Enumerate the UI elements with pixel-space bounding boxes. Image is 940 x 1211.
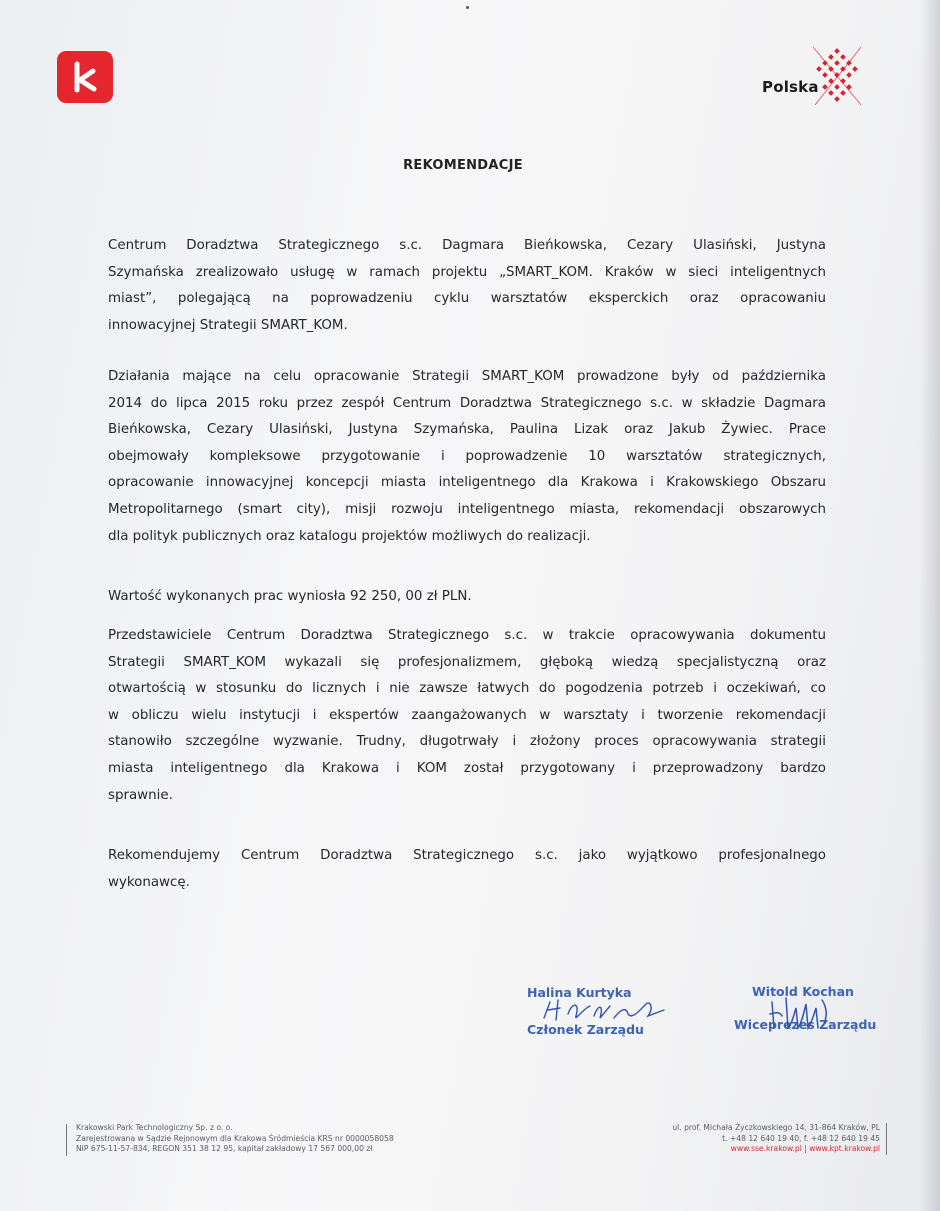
footer-link-kpt[interactable]: www.kpt.krakow.pl: [809, 1144, 880, 1153]
footer-line: NIP 675-11-57-834, REGON 351 38 12 95, k…: [76, 1144, 394, 1155]
footer-links: www.sse.krakow.pl | www.kpt.krakow.pl: [672, 1144, 880, 1155]
paragraph-line: Centrum Doradztwa Strategicznego s.c. Da…: [108, 233, 826, 260]
footer-company-info: Krakowski Park Technologiczny Sp. z o. o…: [76, 1123, 394, 1155]
footer-address: ul. prof. Michała Życzkowskiego 14, 31-8…: [672, 1123, 880, 1134]
k-letter-glyph-icon: [68, 60, 102, 94]
paragraph-line: Bieńkowska, Cezary Ulasiński, Justyna Sz…: [108, 417, 826, 444]
paragraph-3-value: Wartość wykonanych prac wyniosła 92 250,…: [108, 584, 826, 611]
paragraph-line: opracowanie innowacyjnej koncepcji miast…: [108, 470, 826, 497]
polska-star-pattern-icon: [813, 47, 863, 109]
paragraph-line: innowacyjnej Strategii SMART_KOM.: [108, 313, 826, 340]
paragraph-line: Wartość wykonanych prac wyniosła 92 250,…: [108, 584, 826, 611]
paragraph-line: w obliczu wielu instytucji i ekspertów z…: [108, 703, 826, 730]
footer-line: Zarejestrowana w Sądzie Rejonowym dla Kr…: [76, 1134, 394, 1145]
footer-divider: [66, 1124, 67, 1156]
paragraph-line: Działania mające na celu opracowanie Str…: [108, 364, 826, 391]
document-title: REKOMENDACJE: [0, 158, 926, 173]
paragraph-line: obejmowały kompleksowe przygotowanie i p…: [108, 444, 826, 471]
paragraph-line: dla polityk publicznych oraz katalogu pr…: [108, 524, 826, 551]
footer-link-sse[interactable]: www.sse.krakow.pl: [731, 1144, 802, 1153]
paragraph-line: miasta inteligentnego dla Krakowa i KOM …: [108, 756, 826, 783]
footer-link-separator: |: [804, 1144, 807, 1153]
paragraph-line: Przedstawiciele Centrum Doradztwa Strate…: [108, 623, 826, 650]
polska-logo-text: Polska: [762, 78, 819, 96]
paragraph-line: sprawnie.: [108, 783, 826, 810]
footer-contact-info: ul. prof. Michała Życzkowskiego 14, 31-8…: [672, 1123, 887, 1155]
paragraph-1: Centrum Doradztwa Strategicznego s.c. Da…: [108, 233, 826, 339]
paragraph-2: Działania mające na celu opracowanie Str…: [108, 364, 826, 550]
letter-page: Polska: [0, 0, 940, 1211]
paragraph-line: Szymańska zrealizowało usługę w ramach p…: [108, 260, 826, 287]
paragraph-5: Rekomendujemy Centrum Doradztwa Strategi…: [108, 843, 826, 896]
paragraph-line: otwartością w stosunku do licznych i nie…: [108, 676, 826, 703]
polska-logo: Polska: [762, 47, 862, 107]
scan-speck: [466, 6, 469, 9]
paragraph-line: 2014 do lipca 2015 roku przez zespół Cen…: [108, 391, 826, 418]
paragraph-line: wykonawcę.: [108, 870, 826, 897]
page-edge-shadow: [920, 0, 940, 1211]
paragraph-line: stanowiło szczególne wyzwanie. Trudny, d…: [108, 729, 826, 756]
handwritten-signature-icon: [766, 994, 836, 1034]
handwritten-signature-icon: [540, 996, 670, 1026]
k-logo-icon: [57, 51, 113, 103]
paragraph-line: miast”, polegającą na poprowadzeniu cykl…: [108, 286, 826, 313]
paragraph-line: Rekomendujemy Centrum Doradztwa Strategi…: [108, 843, 826, 870]
paragraph-line: Metropolitarnego (smart city), misji roz…: [108, 497, 826, 524]
paragraph-line: Strategii SMART_KOM wykazali się profesj…: [108, 650, 826, 677]
footer-line: Krakowski Park Technologiczny Sp. z o. o…: [76, 1123, 394, 1134]
footer-phone: t. +48 12 640 19 40, f. +48 12 640 19 45: [672, 1134, 880, 1145]
paragraph-4: Przedstawiciele Centrum Doradztwa Strate…: [108, 623, 826, 809]
